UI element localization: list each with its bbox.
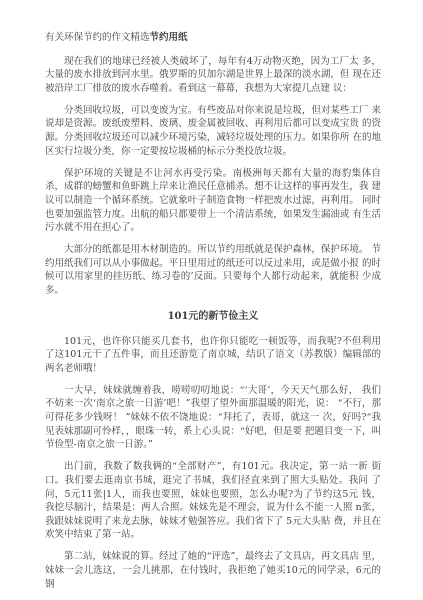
paragraph-1: 现在我们的地球已经被人类破坏了，每年有4万动物灭绝，因为工厂太 多，大量的废水排… (45, 55, 381, 96)
document-page: 有关环保节约的作文精选节约用纸 现在我们的地球已经被人类破坏了，每年有4万动物灭… (0, 0, 423, 600)
title-regular-text: 有关环保节约的作文精选 (45, 32, 150, 43)
paragraph-5: 101元，也许你只能买几套书，也许你只能吃一顿饭等，而我呢?不但利用 了这101… (45, 335, 381, 376)
paragraph-8: 第二站，妹妹说的算。经过了她的“评选”，最终去了文具店，再文具店 里，妹妹一会儿… (45, 550, 381, 591)
paragraph-3: 保护环境的关键是不让河水再受污染。南极洲每天都有大量的海豹集体自 杀，成群的螃蟹… (45, 167, 381, 235)
title-bold-text: 节约用纸 (150, 32, 188, 43)
paragraph-2: 分类回收垃圾，可以变废为宝。有些废品对你来说是垃圾，但对某些工厂 来说却是资源。… (45, 104, 381, 158)
paragraph-6: 一大早，妹妹就缠着我，唠唠叨叨地说：“‘大哥’，今天天气那么好， 我们不妨来一次… (45, 384, 381, 452)
section-heading: 101元的新节俭主义 (45, 310, 381, 324)
paragraph-4: 大部分的纸都是用木材制造的。所以节约用纸就是保护森林，保护环境。 节约用纸我们可… (45, 243, 381, 297)
document-title: 有关环保节约的作文精选节约用纸 (45, 31, 381, 45)
paragraph-7: 出门前，我数了数我俩的“全部财产”，有101元。我决定，第一站一新 街口。我们要… (45, 460, 381, 542)
